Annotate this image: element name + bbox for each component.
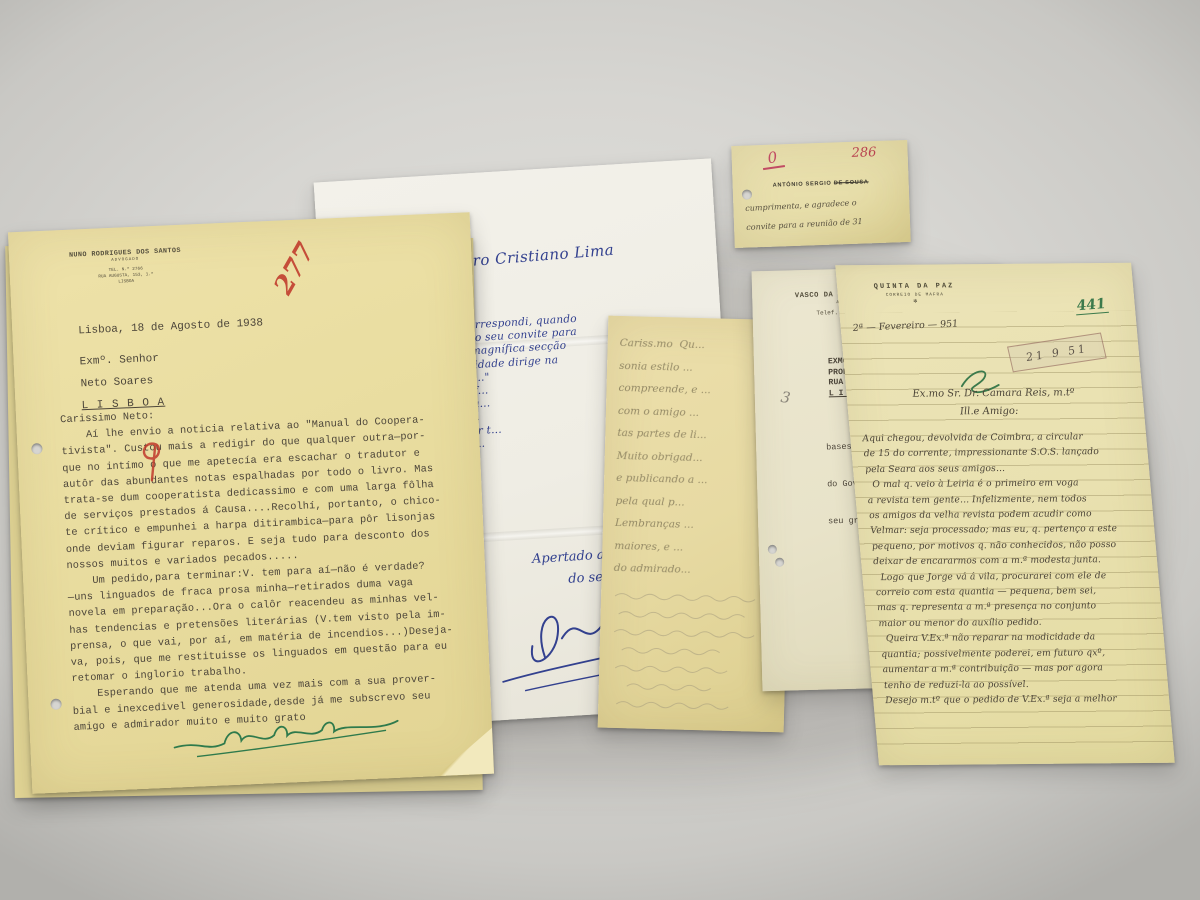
faded-script-lines bbox=[606, 588, 781, 720]
left-date-line: Lisboa, 18 de Agosto de 1938 bbox=[78, 317, 263, 337]
corner-fold bbox=[434, 728, 494, 776]
green-number: 441 bbox=[1074, 296, 1110, 316]
card-name-struck: DE SOUSA bbox=[834, 179, 869, 186]
green-signature bbox=[169, 703, 411, 769]
card-red-number: 286 bbox=[851, 145, 876, 161]
punch-hole bbox=[31, 443, 42, 454]
quinta-letter: QUINTA DA PAZ CORREIO DE MAFRA ✻ 2ª — Fe… bbox=[835, 263, 1174, 766]
card-red-zero: 0 bbox=[760, 147, 784, 170]
quinta-salutation: Ex.mo Sr. Dr. Camara Reis, m.tº bbox=[912, 387, 1075, 399]
quinta-salutation: Ill.e Amigo: bbox=[960, 406, 1019, 418]
visiting-card: 0 286 ANTÓNIO SERGIO DE SOUSA cumpriment… bbox=[731, 140, 910, 248]
left-letter-body: Carissimo Neto: Aí lhe envio a noticia r… bbox=[60, 394, 482, 736]
red-number: 277 bbox=[269, 238, 322, 300]
photo-of-documents: Meu caro Cristiano Lima Envergonhado. Nã… bbox=[0, 0, 1200, 900]
quinta-letterhead: QUINTA DA PAZ CORREIO DE MAFRA ✻ bbox=[859, 282, 971, 305]
text-line: do admirado... bbox=[614, 557, 783, 584]
left-letter: NUNO RODRIGUES DOS SANTOS ADVOGADO TEL. … bbox=[8, 212, 494, 794]
quinta-body: Aqui chegou, devolvida de Coimbra, a cir… bbox=[862, 429, 1162, 709]
text-line: Desejo m.tº que o pedido de V.Ex.ª seja … bbox=[885, 691, 1162, 709]
left-recipient: Exmº. Senhor Neto Soares L I S B O A bbox=[79, 348, 165, 418]
pencil-number: 3 bbox=[780, 388, 792, 407]
text-line: de 15 do corrente, impressionante S.O.S.… bbox=[863, 444, 1140, 462]
letterhead-ornament: ✻ bbox=[860, 298, 970, 305]
left-letterhead: NUNO RODRIGUES DOS SANTOS ADVOGADO TEL. … bbox=[43, 246, 208, 288]
card-name-text: ANTÓNIO SERGIO bbox=[773, 181, 832, 189]
punch-hole bbox=[775, 558, 784, 567]
card-note: cumprimenta, e agradece oconvite para a … bbox=[745, 191, 903, 237]
text-line: pequeno, por motivos q. não conhecidos, … bbox=[871, 537, 1148, 555]
red-correction-mark bbox=[137, 438, 169, 485]
quinta-letterhead-name: QUINTA DA PAZ bbox=[859, 282, 970, 291]
punch-hole bbox=[768, 545, 777, 554]
punch-hole bbox=[50, 698, 61, 709]
quinta-letterhead-place: CORREIO DE MAFRA bbox=[860, 292, 970, 298]
card-printed-name: ANTÓNIO SERGIO DE SOUSA bbox=[733, 178, 909, 190]
